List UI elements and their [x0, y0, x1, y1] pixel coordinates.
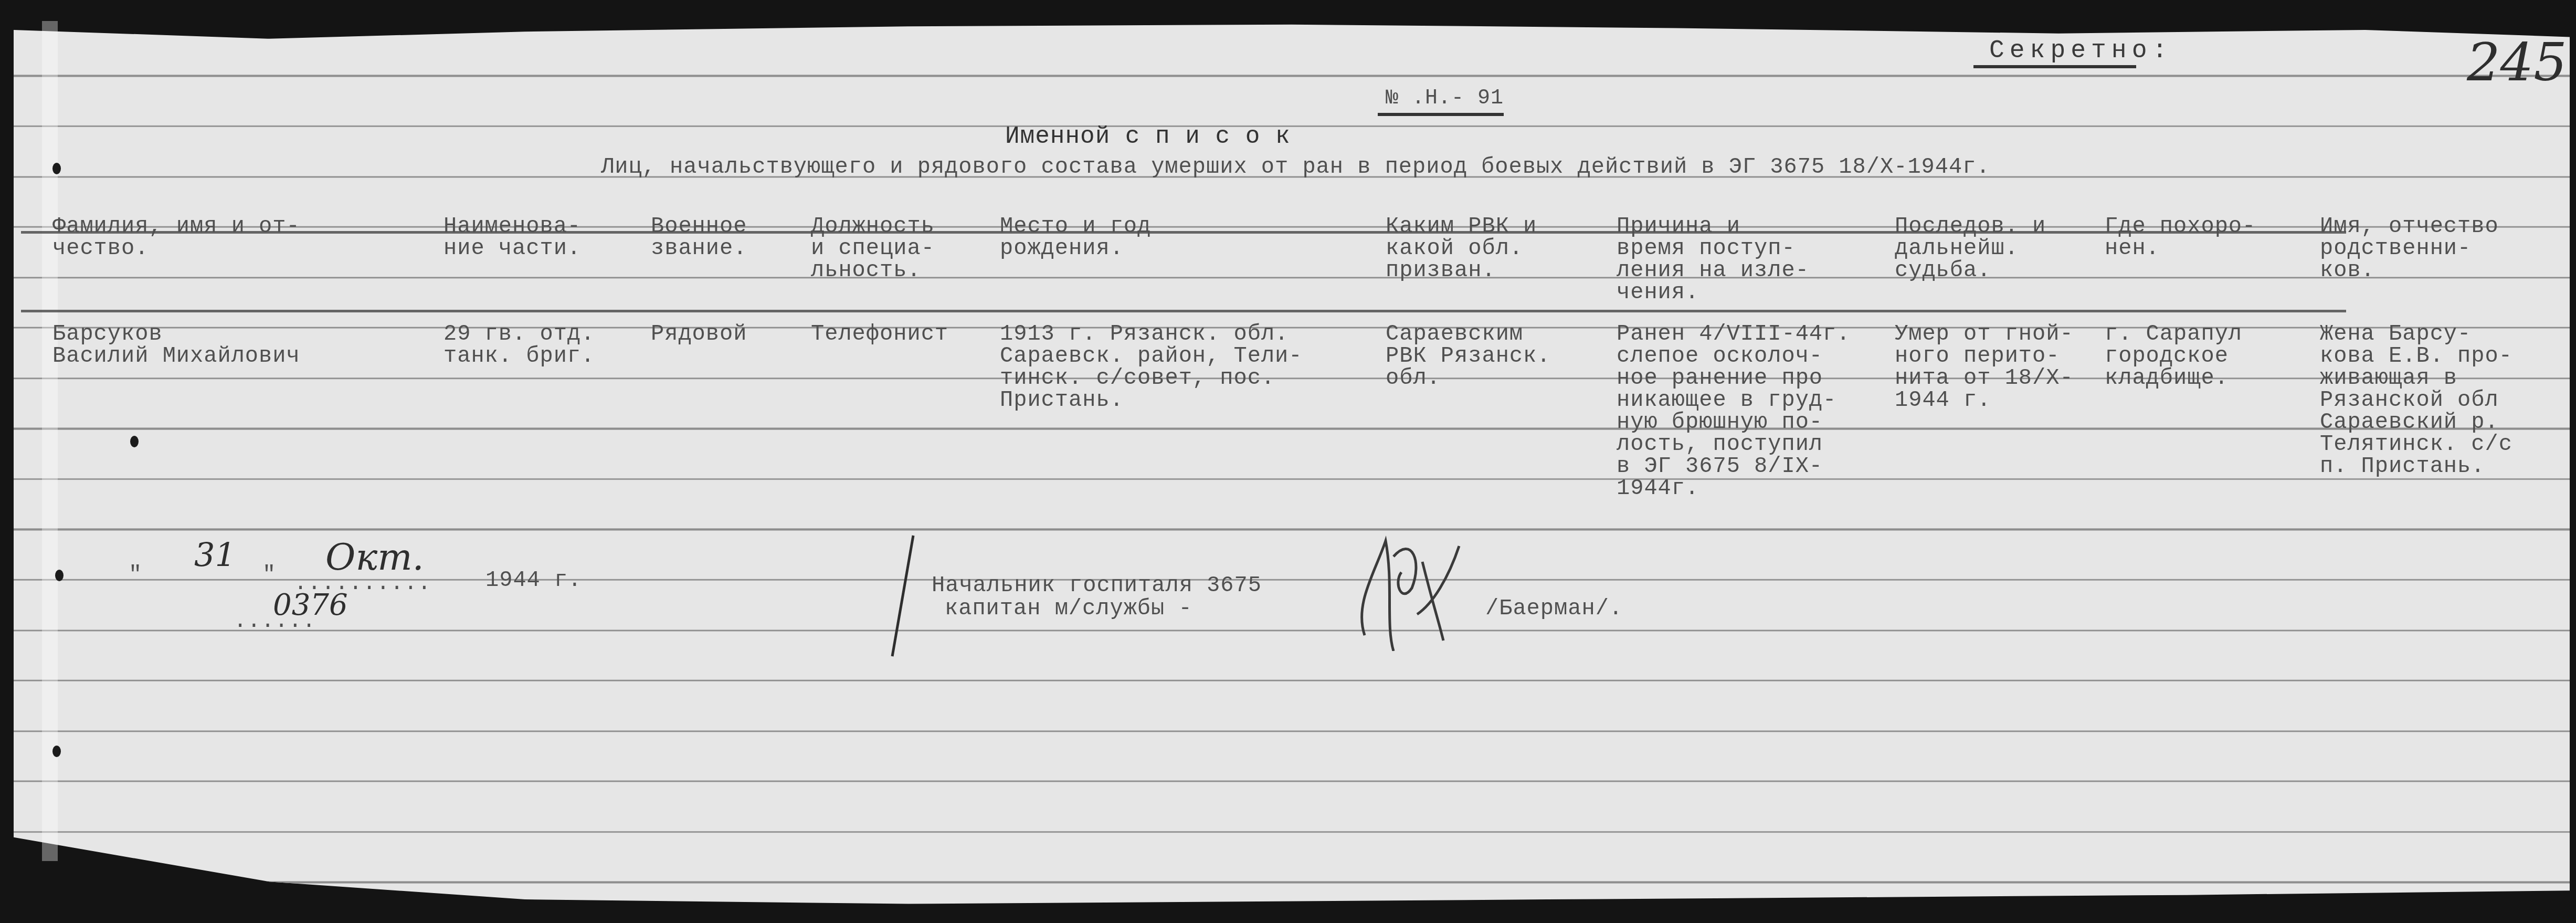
document-number: № .Н.- 91 — [1386, 87, 1504, 111]
cell-draft-office: Сараевским РВК Рязанск. обл. — [1386, 323, 1550, 389]
punch-hole — [52, 746, 61, 757]
date-quote-open: " — [129, 563, 142, 587]
document-number-underline — [1378, 113, 1504, 116]
classification-stamp: Секретно: — [1989, 37, 2172, 65]
column-header-rank: Военное звание. — [651, 215, 747, 259]
column-header-position: Должность и специа- льность. — [811, 215, 935, 281]
signatory-name: /Баерман/. — [1485, 596, 1623, 621]
outgoing-number: 0376 — [273, 588, 348, 622]
cell-burial: г. Сарапул городское кладбище. — [2105, 323, 2242, 389]
punch-hole — [130, 436, 139, 447]
column-header-cause: Причина и время поступ- ления на изле- ч… — [1617, 215, 1809, 303]
signatory-title: Начальник госпиталя 3675 — [932, 573, 1262, 597]
cell-name: Барсуков Василий Михайлович — [52, 323, 300, 367]
column-header-birthplace: Место и год рождения. — [1000, 215, 1151, 259]
column-header-relatives: Имя, отчество родственни- ков. — [2320, 215, 2499, 281]
cell-cause: Ранен 4/VIII-44г. слепое осколоч- ное ра… — [1617, 323, 1850, 499]
signature — [1344, 525, 1501, 651]
cell-relatives: Жена Барсу- кова Е.В. про- живающая в Ря… — [2320, 323, 2512, 477]
column-header-name: Фамилия, имя и от- чество. — [52, 215, 300, 259]
classification-underline — [1973, 65, 2136, 68]
punch-hole — [55, 570, 64, 581]
document-title: Именной с п и с о к — [1005, 124, 1291, 149]
date-quote-close: " — [262, 563, 276, 587]
folio-number: 245 — [2467, 32, 2567, 93]
cell-position: Телефонист — [811, 323, 948, 345]
cell-unit: 29 гв. отд. танк. бриг. — [444, 323, 595, 367]
signatory-rank: капитан м/службы - — [945, 596, 1192, 621]
paper-fold — [42, 21, 58, 861]
punch-hole — [52, 163, 61, 174]
cell-fate: Умер от гной- ного перито- нита от 18/X-… — [1895, 323, 2074, 411]
column-header-unit: Наименова- ние части. — [444, 215, 581, 259]
cell-birthplace: 1913 г. Рязанск. обл. Сараевск. район, Т… — [1000, 323, 1303, 411]
table-header-bottom-rule — [21, 310, 2346, 312]
document-subtitle: Лиц, начальствующего и рядового состава … — [601, 155, 1990, 179]
date-day: 31 — [194, 536, 236, 574]
signature-bracket — [882, 525, 945, 662]
column-header-burial: Где похоро- нен. — [2105, 215, 2256, 259]
column-header-fate: Последов. и дальнейш. судьба. — [1895, 215, 2046, 281]
cell-rank: Рядовой — [651, 323, 747, 345]
column-header-draft-office: Каким РВК и какой обл. призван. — [1386, 215, 1537, 281]
date-year: 1944 г. — [485, 568, 582, 592]
